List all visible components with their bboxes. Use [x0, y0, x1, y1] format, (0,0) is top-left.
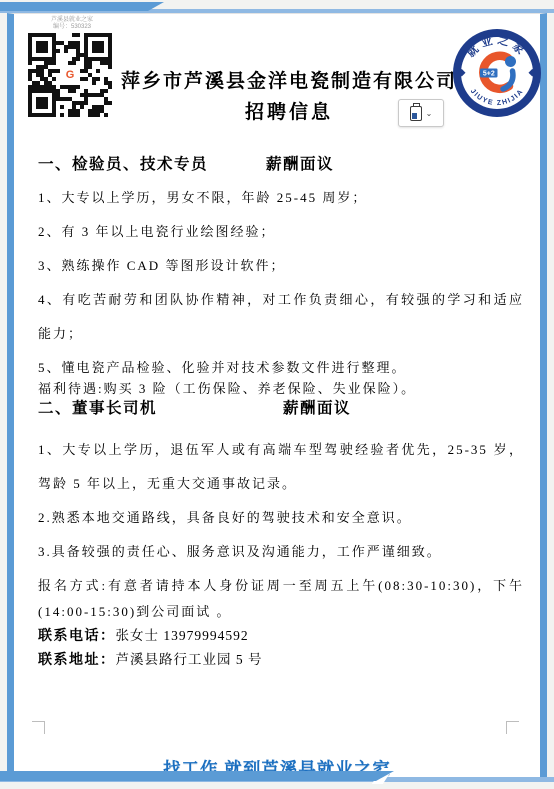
contact-phone-value: 张女士 13979994592 — [116, 628, 249, 643]
text-boundary-mark-left — [32, 721, 45, 734]
jiuye-zhijia-logo: 就业之家 JIUYE ZHIJIA 5+2 — [452, 28, 542, 118]
section2-heading-row: 二、董事长司机薪酬面议 — [38, 396, 524, 418]
section2-item-3: 3.具备较强的责任心、服务意识及沟通能力，工作严谨细致。 — [38, 535, 524, 569]
document-page: 芦溪县就业之家 编号：530323 G 萍乡市芦溪县金洋电瓷制造有限公司 招聘信… — [7, 13, 547, 782]
chevron-down-icon: ⌄ — [426, 109, 433, 118]
text-boundary-mark-right — [506, 721, 519, 734]
section2-item-1: 1、大专以上学历，退伍军人或有高端车型驾驶经验者优先，25-35 岁，驾龄 5 … — [38, 433, 524, 501]
section1-item-1: 1、大专以上学历，男女不限，年龄 25-45 周岁； — [38, 181, 524, 215]
document-canvas: 芦溪县就业之家 编号：530323 G 萍乡市芦溪县金洋电瓷制造有限公司 招聘信… — [0, 0, 554, 789]
contact-address-value: 芦溪县路行工业园 5 号 — [116, 652, 263, 667]
section1-heading: 一、检验员、技术专员 — [38, 156, 208, 173]
section2-item-2: 2.熟悉本地交通路线，具备良好的驾驶技术和安全意识。 — [38, 501, 524, 535]
section1-salary: 薪酬面议 — [266, 156, 334, 173]
qr-caption-line1: 芦溪县就业之家 — [28, 17, 116, 24]
qr-code-image: G — [28, 33, 112, 117]
contact-address-label: 联系地址： — [38, 651, 116, 667]
paste-options-button[interactable]: ⌄ — [398, 99, 444, 127]
section1-item-4: 4、有吃苦耐劳和团队协作精神，对工作负责细心，有较强的学习和适应能力； — [38, 283, 524, 351]
logo-badge-text: 5+2 — [483, 71, 495, 78]
contact-address-row: 联系地址：芦溪县路行工业园 5 号 — [38, 647, 524, 672]
section2-heading: 二、董事长司机 — [38, 400, 157, 417]
qr-center-logo: G — [61, 66, 79, 84]
section1-item-2: 2、有 3 年以上电瓷行业绘图经验； — [38, 215, 524, 249]
application-method: 报名方式:有意者请持本人身份证周一至周五上午(08:30-10:30)，下午(1… — [38, 573, 524, 625]
qr-caption-line2: 编号：530323 — [28, 24, 116, 31]
contact-phone-label: 联系电话： — [38, 627, 116, 643]
logo-blue-dot — [505, 56, 516, 67]
section1-heading-row: 一、检验员、技术专员薪酬面议 — [38, 152, 524, 174]
company-name: 萍乡市芦溪县金洋电瓷制造有限公司 — [104, 67, 474, 97]
bottom-ribbon — [0, 771, 400, 781]
section1-item-3: 3、熟练操作 CAD 等图形设计软件； — [38, 249, 524, 283]
section2-salary: 薪酬面议 — [283, 400, 351, 417]
clipboard-icon — [410, 106, 422, 121]
contact-phone-row: 联系电话：张女士 13979994592 — [38, 623, 524, 648]
top-ribbon — [0, 2, 170, 11]
